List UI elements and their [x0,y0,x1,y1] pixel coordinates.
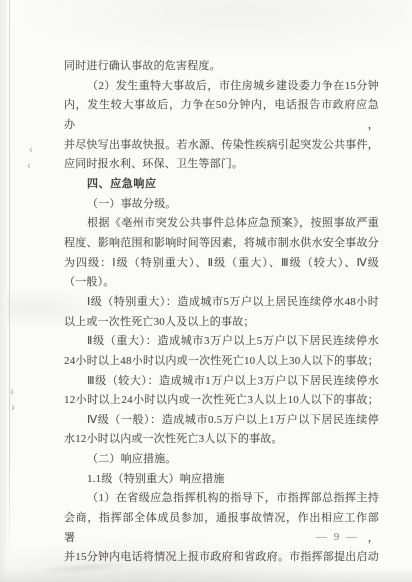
doc-line: 根据《亳州市突发公共事件总体应急预案》，按照事故严重 [64,214,379,234]
scan-artifact-mark: ‹ [26,161,31,173]
doc-line: 12小时以上24小时以内或一次性死亡3人以上10人以下的事故； [64,391,379,411]
scan-artifact-mark: › [10,387,15,400]
doc-line: 并尽快写出事故快报。若水源、传染性疾病引起突发公共事件， [64,136,379,156]
doc-line: 为四级：Ⅰ级（特别重大）、Ⅱ级（重大）、Ⅲ级（较大）、Ⅳ级 [64,254,379,274]
scanned-document-page: ‹ ‹ › › 同时进行确认事故的危害程度。 （2）发生重特大事故后，市住房城乡… [0,0,412,582]
doc-line: 以上或一次性死亡30人及以上的事故； [64,313,379,333]
page-left-edge-line [9,0,10,568]
doc-line: 同时进行确认事故的危害程度。 [64,57,379,77]
doc-line: （一般）。 [64,273,379,293]
doc-line: 24小时以上48小时以内或一次性死亡10人以上30人以下的事故； [64,352,379,372]
document-body: 同时进行确认事故的危害程度。 （2）发生重特大事故后，市住房城乡建设委力争在15… [64,57,379,568]
page-number: — 9 — [316,531,359,543]
subsection-heading: （二）响应措施。 [64,450,379,470]
doc-line: Ⅱ级（重大）：造成城市3万户以上5万户以下居民连续停水 [64,332,379,352]
scan-artifact-mark: ‹ [28,145,34,157]
doc-line: 程度、影响范围和影响时间等因素，将城市制水供水安全事故分 [64,234,379,254]
doc-line: 应同时报水利、环保、卫生等部门。 [64,155,379,175]
scan-artifact-mark: › [10,403,15,416]
doc-line: Ⅳ级（一般）：造成城市0.5万户以上1万户以下居民连续停 [64,411,379,431]
doc-line: Ⅲ级（较大）：造成城市1万户以上3万户以下居民连续停水 [64,372,379,392]
subsection-heading: （一）事故分级。 [64,195,379,215]
doc-line: （1）在省级应急指挥机构的指导下，市指挥部总指挥主持 [64,489,379,509]
doc-line: 水12小时以内或一次性死亡3人以下的事故。 [64,430,379,450]
section-heading: 四、应急响应 [64,175,379,195]
doc-line: 并15分钟内电话将情况上报市政府和省政府。市指挥部提出启动 [64,548,379,568]
doc-line: 1.1级（特别重大）响应措施 [64,470,379,490]
doc-line: Ⅰ级（特别重大）：造成城市5万户以上居民连续停水48小时 [64,293,379,313]
page-left-edge-shadow [0,0,7,582]
doc-line: 内，发生较大事故后，力争在50分钟内，电话报告市政府应急办， [64,96,379,135]
doc-line: （2）发生重特大事故后，市住房城乡建设委力争在15分钟 [64,77,379,97]
